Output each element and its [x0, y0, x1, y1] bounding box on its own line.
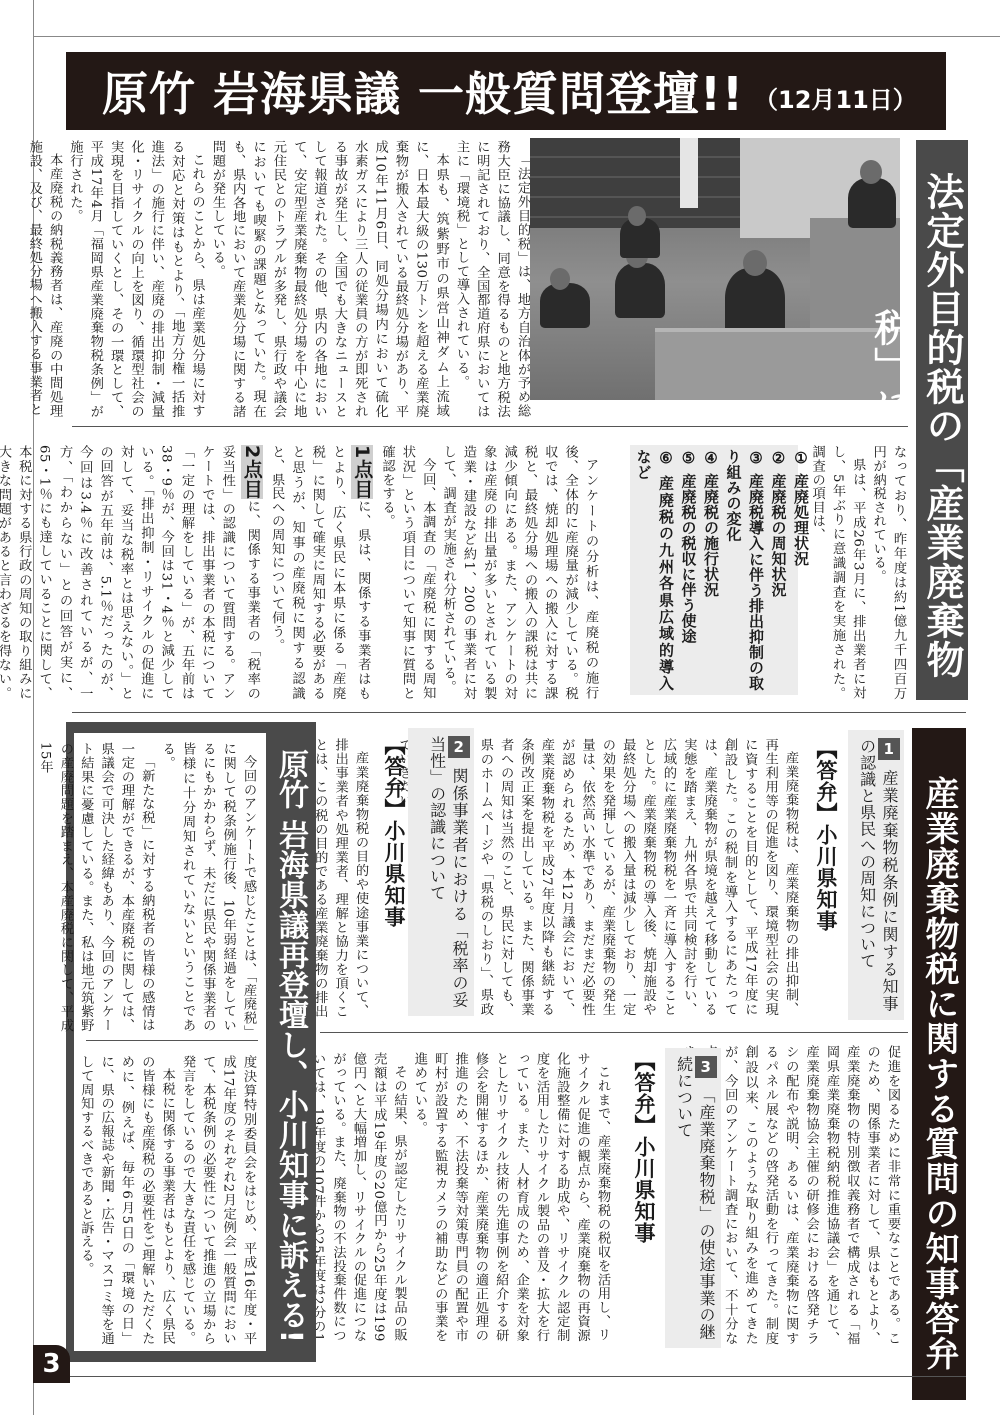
answer-text-3: これまで、産業廃棄物税の税収を活用し、リサイクル促進の観点から、産業廃棄物の再資… — [322, 1052, 612, 1342]
answer-text-2: 産業廃棄物税の目的や使途事業について、排出事業者や処理業者、理解と協力を頂くこと… — [320, 738, 370, 1018]
answer-label: 【答弁】小川県知事 — [618, 1050, 656, 1250]
paragraph: 「法定外目的税」は、地方自治体が予め総務大臣に協議し、同意を得るものと地方税法に… — [451, 140, 532, 418]
question-title: 産業廃棄物税条例に関する知事の認識と県民への周知について — [858, 738, 899, 1012]
answer-label: 【答弁】小川県知事 — [370, 734, 406, 934]
paragraph: 本税に関係する事業者はもとより、広く県民の皆様にも産廃税の必要性をご理解いただく… — [75, 1055, 177, 1345]
answer-text-1: 産業廃棄物税は、産業廃棄物の排出抑制、再生利用等の促進を図り、環境型社会の実現に… — [480, 738, 800, 1016]
question-title: 「産業廃棄物税」の使途事業の継続について — [675, 1056, 716, 1340]
divider — [72, 712, 966, 713]
paragraph: アンケートの分析は、産廃税の施行後、全体的に産廃量が減少している。税収では、焼却… — [437, 445, 600, 700]
survey-item: ② 産廃税の周知状況 — [767, 449, 790, 691]
point-label: 1点目 — [351, 445, 373, 499]
question-point-2: 2点目に、関係する事業者の「税率の妥当性」の認識について質問する。アンケートでは… — [0, 445, 266, 700]
divider — [72, 426, 908, 427]
answer-text-2-continued: 促進を図るために非常に重要なことである。このため、関係事業者に対して、県はもとよ… — [720, 1045, 902, 1345]
intro-article: 「法定外目的税」は、地方自治体が予め総務大臣に協議し、同意を得るものと地方税法に… — [72, 140, 532, 418]
question-box-3: 3 「産業廃棄物税」の使途事業の継続について — [665, 1048, 721, 1348]
paragraph: 県は、平成26年3月に、排出業者に対し、5年ぶりに意識調査を実施された。調査の項… — [806, 445, 867, 700]
assembly-photo — [530, 138, 900, 400]
answer-label: 【答弁】小川県知事 — [800, 738, 838, 938]
divider — [320, 1032, 908, 1033]
page-banner: 原竹 岩海県議 一般質問登壇!! （12月11日） — [66, 52, 946, 130]
survey-analysis: アンケートの分析は、産廃税の施行後、全体的に産廃量が減少している。税収では、焼却… — [72, 445, 600, 700]
question-box-1: 1 産業廃棄物税条例に関する知事の認識と県民への周知について — [848, 730, 904, 1020]
paragraph: 本産廃税の納税義務者は、産廃の中間処理施設、及び、最終処分場へ搬入する事業者と — [23, 140, 64, 418]
question-number: 1 — [878, 738, 900, 760]
banner-title: 原竹 岩海県議 一般質問登壇!! — [102, 58, 744, 124]
paragraph: なっており、昨年度は約1億九千四百万円が納税されている。 — [867, 445, 908, 700]
paragraph: 本県も、筑紫野市の県営山神ダム上流域に、日本最大級の130万トンを超える産業廃棄… — [207, 140, 451, 418]
question-title: 関係事業者における「税率の妥当性」の認識について — [428, 736, 469, 1008]
paragraph: 今回のアンケートで感じたことは、「産廃税」に関して税条例施行後、10年弱経過をし… — [156, 742, 258, 1032]
survey-item: ③ 産廃税導入に伴う排出抑制の取り組みの変化 — [722, 449, 767, 691]
paragraph: 度決算特別委員会をはじめ、平成16年度・平成17年度のそれぞれ2月定例会一般質問… — [177, 1055, 258, 1345]
page-border — [33, 36, 1000, 37]
question-box-2: 2 関係事業者における「税率の妥当性」の認識について — [408, 728, 474, 1016]
point-label: 2点目 — [241, 445, 263, 499]
survey-item: ⑤ 産廃税の税収に伴う使途 — [677, 449, 700, 691]
paragraph: これらのことから、県は産業処分場に対する対応と対策はもとより、「地方分権一括推進… — [64, 140, 206, 418]
paragraph: 今回、本調査の「産廃税に関する周知状況」という項目について知事に質問と確認をする… — [376, 445, 437, 700]
appeal-text: 今回のアンケートで感じたことは、「産廃税」に関して税条例施行後、10年弱経過をし… — [86, 742, 258, 1032]
paragraph: 「新たな税」に対する納税者の皆様の感情は一定の理解ができるが、本産廃税に関しては… — [34, 742, 156, 1032]
section-heading-answers: 産業廃棄物税に関する質問の知事答弁 — [912, 728, 966, 1400]
section-heading-appeal: 原竹 岩海県議再登壇し、小川知事に訴える! — [266, 733, 314, 1351]
survey-item: ④ 産廃税の施行状況 — [700, 449, 723, 691]
question-number: 2 — [448, 736, 470, 758]
section-heading-tax: 法定外目的税の「産業廃棄物税」について — [916, 140, 968, 700]
banner-date: （12月11日） — [754, 80, 917, 115]
divider — [70, 1376, 966, 1377]
question-number: 3 — [695, 1056, 717, 1078]
divider — [86, 1040, 258, 1041]
page-number: 3 — [33, 1345, 70, 1383]
survey-intro: なっており、昨年度は約1億九千四百万円が納税されている。 県は、平成26年3月に… — [802, 445, 908, 700]
survey-item: ⑥ 産廃税の九州各県広域的導入 など — [632, 449, 677, 691]
question-point-1: 1点目に、県は、関係する事業者はもとより、広く県民に本県に係る「産廃税」に関して… — [266, 445, 376, 700]
survey-items-box: ① 産廃処理状況 ② 産廃税の周知状況 ③ 産廃税導入に伴う排出抑制の取り組みの… — [630, 445, 798, 695]
survey-item: ① 産廃処理状況 — [790, 449, 813, 691]
appeal-text-continued: 度決算特別委員会をはじめ、平成16年度・平成17年度のそれぞれ2月定例会一般質問… — [86, 1055, 258, 1345]
paragraph: これまで、産業廃棄物税の税収を活用し、リサイクル促進の観点から、産業廃棄物の再資… — [409, 1052, 612, 1342]
